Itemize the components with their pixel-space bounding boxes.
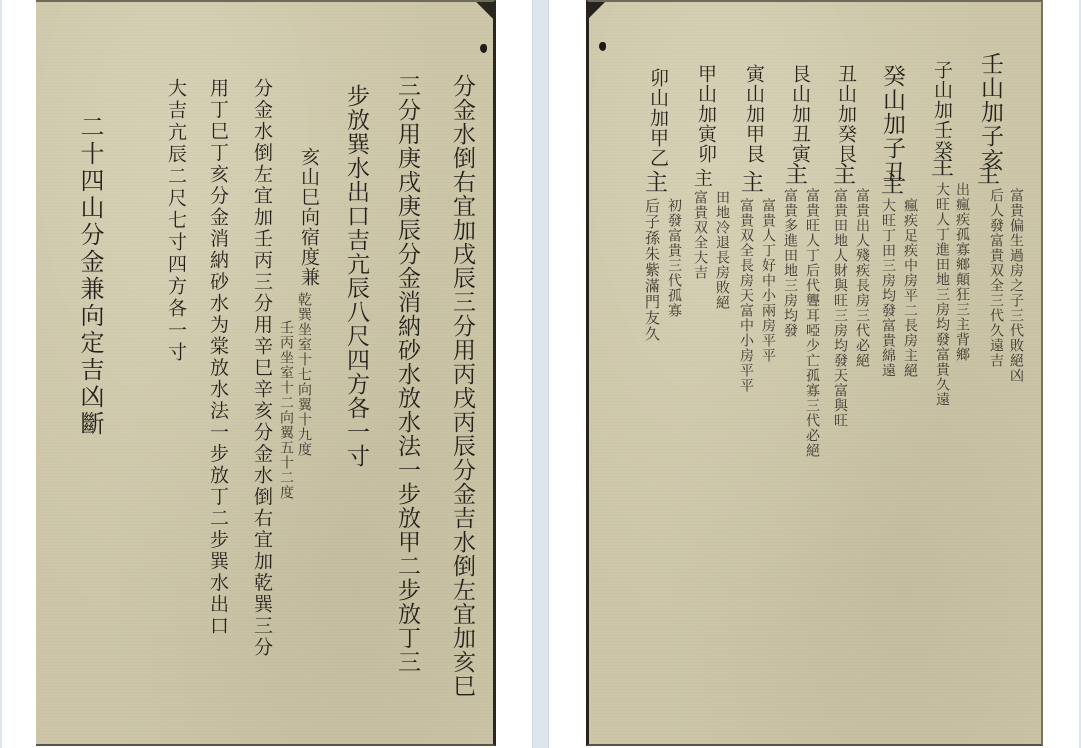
- entry-text-gui-b: 大旺丁田三房均發富貴綿遠: [881, 198, 895, 378]
- text-column-6: 用丁巳丁亥分金消納砂水为棠放水法一步放丁二步巽水出口: [208, 78, 227, 637]
- entry-heading-yin: 寅山加甲艮: [744, 64, 763, 164]
- entry-text-ren-a: 富貴偏生過房之子三代敗絕凶: [1009, 188, 1023, 383]
- entry-heading-chou: 丑山加癸艮: [836, 64, 855, 164]
- text-column-5: 分金水倒左宜加壬丙三分用辛巳辛亥分金水倒右宜加乾巽三分: [252, 78, 271, 659]
- page-title: 二十四山分金兼向定吉凶斷: [78, 114, 102, 438]
- entry-text-jia-b: 富貴双全大吉: [693, 190, 707, 280]
- entry-lord-yin: 主: [738, 170, 761, 194]
- document-viewer: 分金水倒右宜加戌辰三分用丙戌丙辰分金吉水倒左宜加亥巳 三分用庚戌庚辰分金消納砂水…: [0, 0, 1081, 748]
- entry-heading-jia: 甲山加寅卯: [696, 64, 715, 164]
- entry-text-chou-a: 富貴出人殘疾長房三代必絕: [855, 188, 869, 368]
- entry-lord-ren: 主: [974, 162, 997, 186]
- entry-text-zi-a: 出瘋疾孤寡鄉顛狂三主背鄉: [955, 182, 969, 362]
- manuscript-page-left[interactable]: 分金水倒右宜加戌辰三分用丙戌丙辰分金吉水倒左宜加亥巳 三分用庚戌庚辰分金消納砂水…: [36, 0, 496, 746]
- viewer-left-edge: [0, 0, 2, 748]
- entry-heading-gen: 艮山加丑寅: [790, 64, 809, 164]
- entry-lord-jia: 主: [692, 168, 711, 188]
- entry-text-jia-a: 田地冷退長房敗絕: [715, 190, 729, 310]
- entry-lord-gui: 主: [878, 172, 901, 196]
- entry-text-mao-a: 初發富貴三代孤寡: [667, 198, 681, 318]
- ink-blot-mark: [599, 42, 606, 51]
- text-column-7: 大吉亢辰二尺七寸四方各一寸: [166, 78, 185, 364]
- text-column-2: 三分用庚戌庚辰分金消納砂水放水法一步放甲二步放丁三: [395, 74, 418, 674]
- entry-text-mao-b: 后子孫朱紫滿門友久: [644, 198, 659, 342]
- entry-lord-zi: 主: [928, 154, 951, 178]
- entry-text-yin-b: 富貴双全長房天富中小房平平: [739, 198, 753, 393]
- entry-text-gui-a: 瘋疾足疾中房平二長房主絕: [903, 198, 917, 378]
- page-gutter: [532, 0, 549, 748]
- entry-heading-zi: 子山加壬癸: [932, 60, 951, 160]
- entry-lord-gen: 主: [782, 162, 805, 186]
- text-column-4-note-a: 乾巽坐室十七向翼十九度: [297, 292, 311, 457]
- ink-blot-mark: [480, 44, 487, 53]
- entry-text-chou-b: 富貴田地人財與旺三房均發天富與旺: [833, 188, 847, 428]
- manuscript-page-right[interactable]: 壬山加子亥 主 富貴偏生過房之子三代敗絕凶 后人發富貴双全三代久遠吉 子山加壬癸…: [586, 0, 1043, 746]
- text-column-3: 步放巽水出口吉亢辰八尺四方各一寸: [344, 84, 367, 468]
- entry-heading-mao: 卯山加甲乙: [648, 68, 667, 168]
- text-column-4-note-b: 壬丙坐室十二向翼五十二度: [279, 320, 293, 500]
- entry-text-yin-a: 富貴人丁好中小兩房平平: [761, 198, 775, 363]
- entry-text-gen-a: 富貴旺人丁后代聾耳啞少亡孤寡三代必絕: [805, 188, 819, 458]
- entry-text-gen-b: 富貴多進田地三房均發: [783, 188, 797, 338]
- text-column-1: 分金水倒右宜加戌辰三分用丙戌丙辰分金吉水倒左宜加亥巳: [450, 74, 473, 698]
- entry-text-ren-b: 后人發富貴双全三代久遠吉: [989, 188, 1003, 368]
- entry-heading-ren: 壬山加子亥: [978, 52, 1001, 172]
- entry-lord-mao: 主: [642, 170, 665, 194]
- entry-heading-gui: 癸山加子丑: [880, 64, 903, 184]
- entry-lord-chou: 主: [830, 162, 853, 186]
- text-column-4: 亥山巳向宿度兼: [299, 147, 318, 287]
- entry-text-zi-b: 大旺人丁進田地三房均發富貴久遠: [935, 182, 949, 407]
